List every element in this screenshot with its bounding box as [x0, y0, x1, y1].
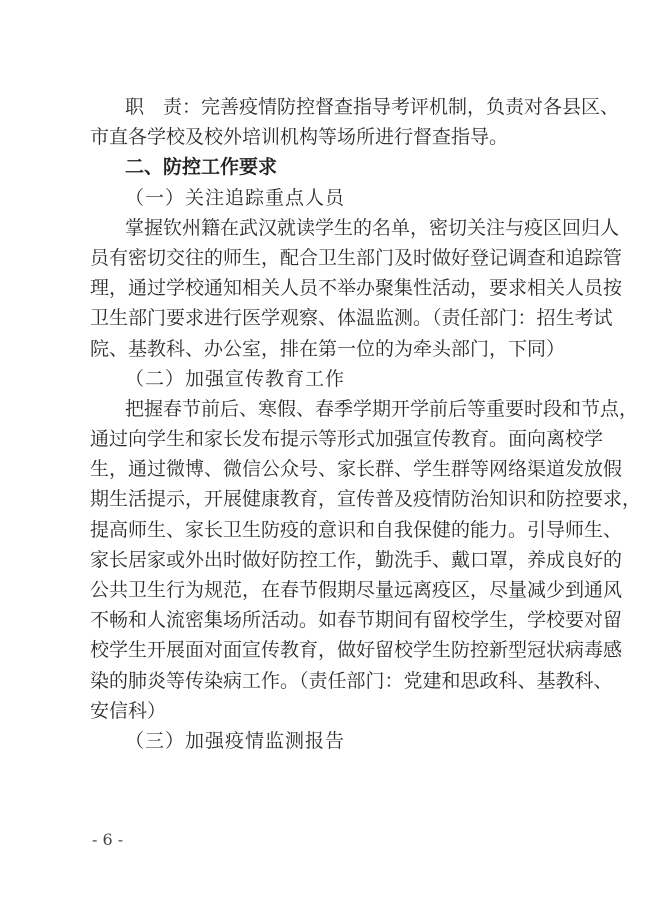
paragraph-line: 院、基教科、办公室，排在第一位的为牵头部门，下同） [90, 334, 590, 364]
paragraph-line: 家长居家或外出时做好防控工作，勤洗手、戴口罩，养成良好的 [90, 545, 590, 575]
subsection-heading-3: （三）加强疫情监测报告 [90, 726, 590, 756]
paragraph-line: 生，通过微博、微信公众号、家长群、学生群等网络渠道发放假 [90, 454, 590, 484]
paragraph-line: 安信科） [90, 696, 590, 726]
paragraph-line: 不畅和人流密集场所活动。如春节期间有留校学生，学校要对留 [90, 605, 590, 635]
paragraph-line: 公共卫生行为规范，在春节假期尽量远离疫区，尽量减少到通风 [90, 575, 590, 605]
paragraph-line: 提高师生、家长卫生防疫的意识和自我保健的能力。引导师生、 [90, 515, 590, 545]
paragraph-line: 掌握钦州籍在武汉就读学生的名单，密切关注与疫区回归人 [90, 213, 590, 243]
paragraph-line: 员有密切交往的师生，配合卫生部门及时做好登记调查和追踪管 [90, 243, 590, 273]
subsection-heading-1: （一）关注追踪重点人员 [90, 183, 590, 213]
paragraph-line: 校学生开展面对面宣传教育，做好留校学生防控新型冠状病毒感 [90, 635, 590, 665]
paragraph-line: 染的肺炎等传染病工作。（责任部门：党建和思政科、基教科、 [90, 666, 590, 696]
paragraph-line: 通过向学生和家长发布提示等形式加强宣传教育。面向离校学 [90, 424, 590, 454]
responsibility-line-1: 职 责：完善疫情防控督查指导考评机制，负责对各县区、 [90, 92, 590, 122]
section-heading-2: 二、防控工作要求 [90, 152, 590, 182]
document-page: 职 责：完善疫情防控督查指导考评机制，负责对各县区、 市直各学校及校外培训机构等… [90, 92, 590, 756]
subsection-heading-2: （二）加强宣传教育工作 [90, 364, 590, 394]
page-number: - 6 - [92, 830, 123, 849]
paragraph-line: 期生活提示，开展健康教育，宣传普及疫情防治知识和防控要求， [90, 484, 590, 514]
responsibility-line-2: 市直各学校及校外培训机构等场所进行督查指导。 [90, 122, 590, 152]
paragraph-line: 卫生部门要求进行医学观察、体温监测。（责任部门：招生考试 [90, 303, 590, 333]
paragraph-line: 把握春节前后、寒假、春季学期开学前后等重要时段和节点， [90, 394, 590, 424]
paragraph-line: 理，通过学校通知相关人员不举办聚集性活动，要求相关人员按 [90, 273, 590, 303]
